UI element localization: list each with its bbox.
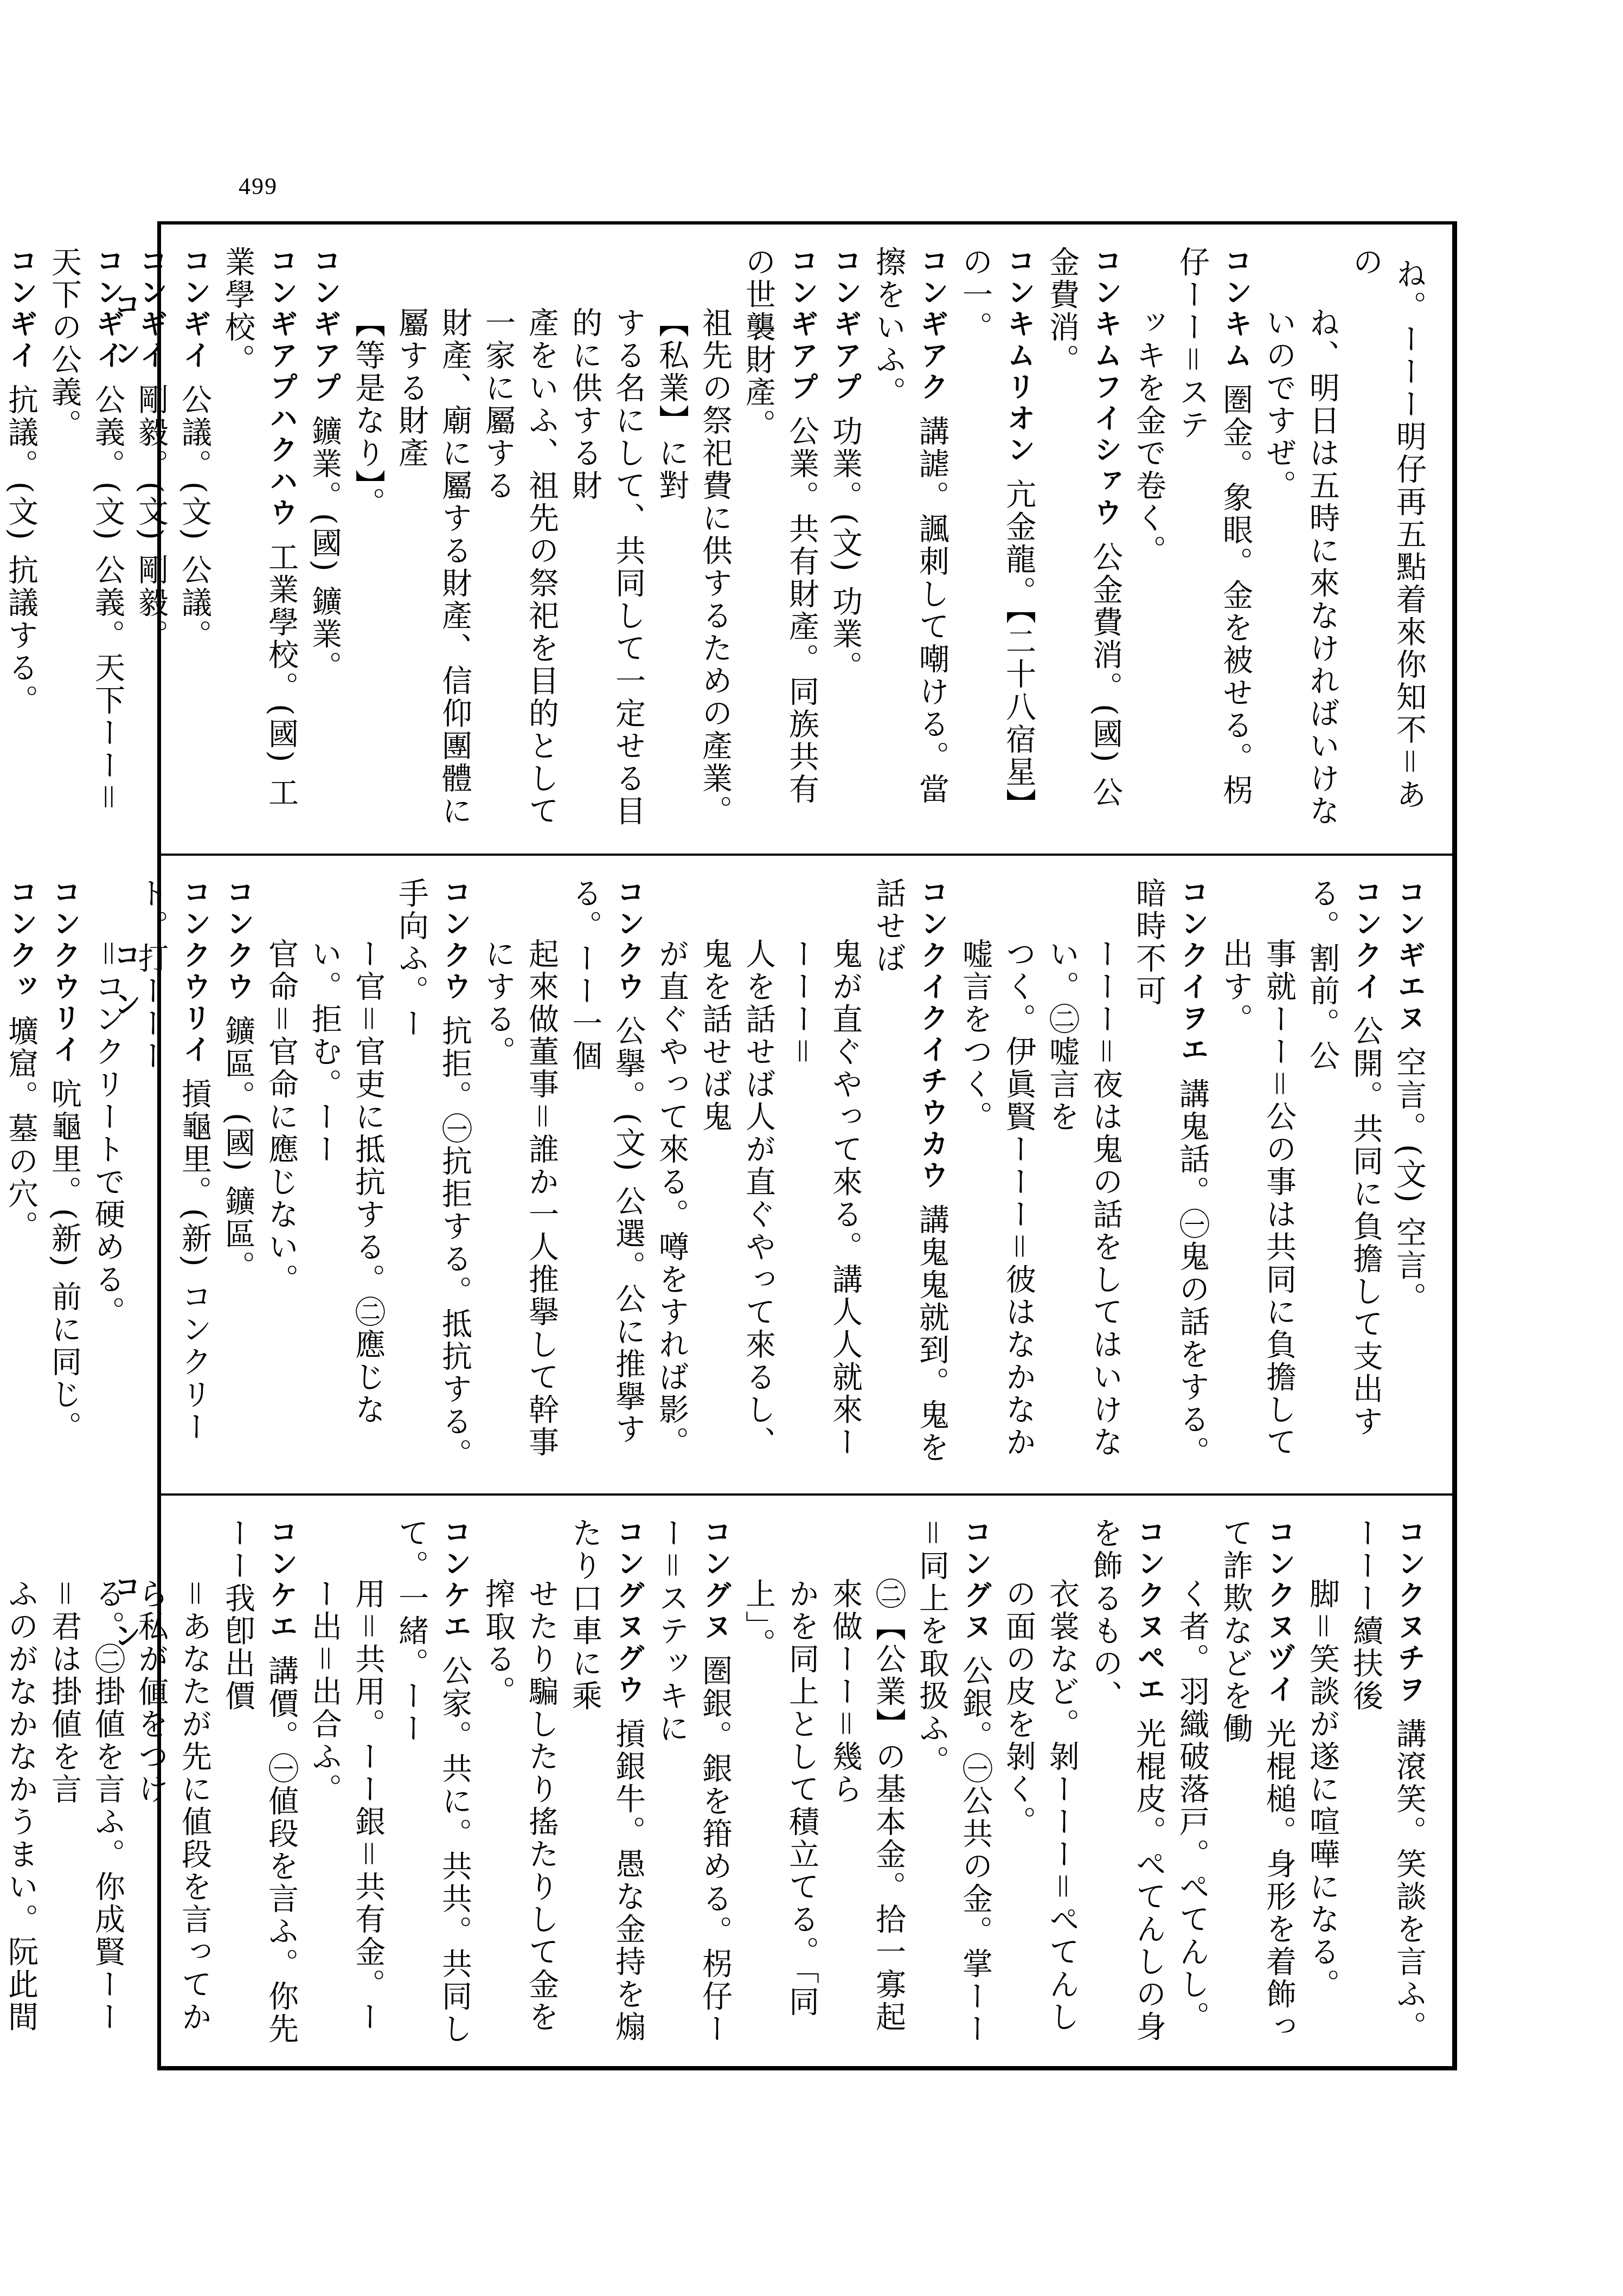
entry-definition: する名にして、共同して一定せる目的に供する財: [567, 307, 646, 828]
entry-continuation: ー官＝官吏に抵抗する。㊁應じない。拒む。ーー: [303, 877, 389, 1477]
dictionary-band-top: ね。ーーー明仔再五點着來你知不＝あのね、明日は五時に來なければいけないのですぜ。…: [161, 225, 1452, 854]
entry-continuation: かを同上として積立てる。「同上」。: [736, 1517, 823, 2050]
dictionary-entry: コンクウリイ 吭龜里。(新) 前に同じ。: [42, 877, 86, 1477]
entry-definition: 脚＝笑談が遂に喧嘩になる。: [1305, 1578, 1340, 2001]
entry-definition: ＝コンクリートで硬める。: [90, 938, 125, 1329]
entry-definition: 壙窟。墓の穴。: [3, 1015, 39, 1243]
dictionary-band-bottom: コンクヌチヲ 講滾笑。笑談を言ふ。ーーー續扶後脚＝笑談が遂に喧嘩になる。コンクヌ…: [161, 1493, 1452, 2066]
entry-definition: 鑛業。(國) 鑛業。: [307, 415, 342, 683]
entry-continuation: 鬼が直ぐやって來る。講人人就來ーーーー＝: [780, 877, 867, 1477]
entry-columns: コンギエヌ 空言。(文) 空言。コンクイ 公開。共同に負擔して支出する。割前。公…: [194, 877, 1430, 1477]
entry-definition: が直ぐやって來る。噂をすれば影。: [654, 938, 689, 1459]
entry-continuation: が直ぐやって來る。噂をすれば影。: [650, 877, 693, 1477]
entry-headword: コンギイ: [4, 246, 37, 372]
entry-continuation: ㊁【公業】の基本金。拾一寡起來做ーー＝幾ら: [823, 1517, 910, 2050]
dictionary-entry: コンクッ 壙窟。墓の穴。: [0, 877, 42, 1477]
entry-definition: 吭龜里。(新) 前に同じ。: [47, 1078, 82, 1444]
entry-headword: コンクイ: [1349, 877, 1382, 1003]
entry-definition: 鬼が直ぐやって來る。講人人就來ーーーー＝: [784, 938, 863, 1459]
entry-headword: コンクウ: [438, 877, 471, 1003]
entry-definition: かを同上として積立てる。「同上」。: [741, 1578, 819, 2018]
entry-continuation: 用＝共用。ーー銀＝共有金。ーー出＝出合ふ。: [303, 1517, 389, 2050]
entry-continuation: 官命＝官命に應じない。: [259, 877, 303, 1477]
dictionary-entry: コンキムフイシァウ 公金費消。(國) 公金費消。: [1040, 246, 1127, 837]
entry-continuation: ＝あなたが先に値段を言ってから私が値をつけ: [129, 1517, 216, 2050]
dictionary-entry: コンギイ 公議。(文) 公議。: [172, 246, 216, 837]
entry-continuation: く者。羽織破落戸。ぺてんし。: [1170, 1517, 1214, 2050]
dictionary-entry: コンギエヌ 空言。(文) 空言。: [1387, 877, 1430, 1477]
dictionary-entry: コングヌ 公銀。㊀公共の金。掌ーー＝同上を取扱ふ。: [910, 1517, 997, 2050]
entry-definition: く者。羽織破落戸。ぺてんし。: [1175, 1578, 1210, 2034]
dictionary-entry: コンクヌペエ 光棍皮。ぺてんしの身を飾るもの、: [1083, 1517, 1170, 2050]
dictionary-entry: コンクウ 公擧。(文) 公選。公に推擧する。ーー一個: [563, 877, 650, 1477]
entry-headword: コンクウリイ: [178, 877, 210, 1066]
entry-continuation: ふのがなかなかうまい。阮此間無ーー＝私の店: [0, 1517, 42, 2050]
entry-definition: 產をいふ、祖先の祭祀を目的として一家に屬する: [480, 307, 559, 828]
entry-headword: コングヌグウ: [612, 1517, 644, 1706]
entry-headword: コンケエ: [265, 1517, 297, 1643]
dictionary-entry: コンキムリオン 亢金龍。【二十八宿星】の一。: [953, 246, 1040, 837]
page-number: 499: [239, 172, 278, 200]
entry-continuation: ね、明日は五時に來なければいけないのですぜ。: [1257, 246, 1344, 837]
entry-definition: ー官＝官吏に抵抗する。㊁應じない。拒む。ーー: [307, 938, 386, 1426]
entry-definition: 剛毅。(文) 剛毅。: [133, 384, 169, 652]
entry-continuation: する名にして、共同して一定せる目的に供する財: [563, 246, 650, 837]
entry-continuation: 衣裳など。剝ーーー＝ぺてんしの面の皮を剝く。: [997, 1517, 1083, 2050]
entry-definition: 財產、廟に屬する財產、信仰團體に屬する財產: [394, 307, 472, 828]
dictionary-entry: コンギアク 講謔。諷刺して嘲ける。當擦をいふ。: [867, 246, 953, 837]
entry-continuation: 事就ーー＝公の事は共同に負擔して出す。: [1214, 877, 1300, 1477]
entry-headword: コンクイクイチウカウ: [915, 877, 948, 1192]
page-frame: ね。ーーー明仔再五點着來你知不＝あのね、明日は五時に來なければいけないのですぜ。…: [157, 221, 1457, 2070]
dictionary-entry: コンギアプ 鑛業。(國) 鑛業。: [303, 246, 346, 837]
entry-continuation: ーーー＝夜は鬼の話をしてはいけない。㊁嘘言を: [1040, 877, 1127, 1477]
entry-definition: 官命＝官命に應じない。: [264, 938, 299, 1296]
entry-headword: コンクウ: [612, 877, 644, 1003]
entry-definition: 起來做董事＝誰か一人推擧して幹事にする。: [480, 938, 559, 1459]
entry-continuation: 起來做董事＝誰か一人推擧して幹事にする。: [476, 877, 563, 1477]
entry-headword: コンギイ: [178, 246, 210, 372]
entry-headword: コンキム: [1219, 246, 1252, 372]
entry-definition: 衣裳など。剝ーーー＝ぺてんしの面の皮を剝く。: [1001, 1578, 1080, 2034]
entry-headword: コングヌ: [698, 1517, 731, 1643]
entry-headword: コングヌ: [959, 1517, 991, 1643]
dictionary-entry: コンケエ 公家。共に。共共。共同して。一緒。ーー: [389, 1517, 476, 2050]
entry-definition: 用＝共用。ーー銀＝共有金。ーー出＝出合ふ。: [307, 1578, 386, 2034]
entry-definition: つく。伊眞賢ーーー＝彼はなかなか嘘言をつく。: [958, 938, 1036, 1459]
dictionary-entry: コンギイ 抗議。(文) 抗議する。: [0, 246, 42, 837]
entry-headword: コンギイ: [91, 246, 124, 372]
entry-definition: ッキを金で卷く。: [1131, 307, 1166, 567]
entry-definition: ね、明日は五時に來なければいけないのですぜ。: [1261, 307, 1340, 828]
entry-headword: コンギアク: [915, 246, 948, 403]
entry-headword: コンギエヌ: [1393, 877, 1425, 1035]
dictionary-entry: コンギアプハクハウ 工業學校。(國) 工業學校。: [216, 246, 303, 837]
entry-definition: ㊁【公業】の基本金。拾一寡起來做ーー＝幾ら: [827, 1578, 906, 2034]
entry-definition: 空言。(文) 空言。: [1391, 1047, 1427, 1314]
dictionary-entry: コンクイクイチウカウ 講鬼鬼就到。鬼を話せば: [867, 877, 953, 1477]
dictionary-entry: コンクウ 抗拒。㊀抗拒する。抵抗する。手向ふ。ー: [389, 877, 476, 1477]
entry-headword: コンギイ: [134, 246, 167, 372]
dictionary-entry: コンギイ 公義。(文) 公義。天下ーー＝天下の公義。: [42, 246, 129, 837]
entry-columns: ね。ーーー明仔再五點着來你知不＝あのね、明日は五時に來なければいけないのですぜ。…: [194, 246, 1430, 837]
entry-continuation: せたり騙したり搖たりして金を搾取る。: [476, 1517, 563, 2050]
entry-definition: 功業。(文) 功業。: [827, 415, 863, 683]
dictionary-entry: コンギアプ 功業。(文) 功業。: [823, 246, 867, 837]
entry-headword: コンクウリイ: [48, 877, 80, 1066]
dictionary-entry: コンキム 圏金。象眼。金を被せる。柺仔ーー＝ステ: [1170, 246, 1257, 837]
entry-headword: コンギアプハクハウ: [265, 246, 297, 529]
entry-headword: コンクウ: [221, 877, 254, 1003]
entry-continuation: ＝コンクリートで硬める。: [86, 877, 129, 1477]
dictionary-entry: コンクイヲエ 講鬼話。㊀鬼の話をする。暗時不可: [1127, 877, 1214, 1477]
entry-continuation: ッキを金で卷く。: [1127, 246, 1170, 837]
entry-definition: ＝あなたが先に値段を言ってから私が値をつけ: [133, 1578, 212, 2034]
entry-headword: コンギアプ: [308, 246, 341, 403]
entry-headword: コンケエ: [438, 1517, 471, 1643]
dictionary-band-middle: コンギエヌ 空言。(文) 空言。コンクイ 公開。共同に負擔して支出する。割前。公…: [161, 854, 1452, 1493]
entry-columns: コンクヌチヲ 講滾笑。笑談を言ふ。ーーー續扶後脚＝笑談が遂に喧嘩になる。コンクヌ…: [194, 1517, 1430, 2050]
entry-headword: コンクッ: [4, 877, 37, 1003]
dictionary-entry: コンギイ 剛毅。(文) 剛毅。: [129, 246, 172, 837]
dictionary-entry: コンクウ 鑛區。(國) 鑛區。: [216, 877, 259, 1477]
dictionary-entry: コンクウリイ 摃龜里。(新) コンクリート。打ーーー: [129, 877, 216, 1477]
entry-definition: 【等是なり】。: [350, 307, 386, 520]
entry-headword: コンギアプ: [829, 246, 861, 403]
entry-definition: 事就ーー＝公の事は共同に負擔して出す。: [1218, 938, 1297, 1459]
entry-definition: 人を話せば人が直ぐやって來るし、鬼を話せば鬼: [697, 938, 776, 1459]
dictionary-entry: コンギアプ 公業。共有財產。同族共有の世襲財產。: [736, 246, 823, 837]
entry-definition: 抗議。(文) 抗議する。: [3, 384, 39, 717]
dictionary-entry: コンケエ 講價。㊀値段を言ふ。你先ーー我卽出價: [216, 1517, 303, 2050]
entry-definition: る。㊁掛値を言ふ。你成賢ーー＝君は掛値を言: [47, 1578, 125, 2034]
dictionary-entry: ね。ーーー明仔再五點着來你知不＝あの: [1344, 246, 1430, 837]
entry-definition: 鑛區。(國) 鑛區。: [220, 1015, 255, 1283]
dictionary-entry: コングヌグウ 摃銀牛。愚な金持を煽たり口車に乘: [563, 1517, 650, 2050]
entry-definition: 公議。(文) 公議。: [177, 384, 212, 652]
entry-definition: ーーー＝夜は鬼の話をしてはいけない。㊁嘘言を: [1044, 938, 1123, 1459]
entry-headword: コンキムフイシァウ: [1089, 246, 1121, 529]
entry-headword: コンギアプ: [785, 246, 818, 403]
entry-continuation: 【等是なり】。: [346, 246, 389, 837]
dictionary-entry: コンクヌチヲ 講滾笑。笑談を言ふ。ーーー續扶後: [1344, 1517, 1430, 2050]
entry-headword: コンクイヲエ: [1176, 877, 1208, 1066]
entry-continuation: 人を話せば人が直ぐやって來るし、鬼を話せば鬼: [693, 877, 780, 1477]
entry-definition: ね。ーーー明仔再五點着來你知不＝あの: [1348, 246, 1427, 811]
dictionary-entry: コングヌ 圏銀。銀を箝める。柺仔ーー＝ステッキに: [650, 1517, 736, 2050]
entry-continuation: 財產、廟に屬する財產、信仰團體に屬する財產: [389, 246, 476, 837]
dictionary-entry: コンクヌヅイ 光棍槌。身形を着飾って詐欺などを働: [1214, 1517, 1300, 2050]
entry-definition: 祖先の祭祀費に供するための產業。【私業】に對: [654, 307, 733, 828]
entry-headword: コンキムリオン: [1002, 246, 1035, 466]
entry-continuation: 祖先の祭祀費に供するための產業。【私業】に對: [650, 246, 736, 837]
entry-definition: ふのがなかなかうまい。阮此間無ーー＝私の店: [0, 1578, 39, 2034]
entry-headword: コンクヌヅイ: [1262, 1517, 1295, 1706]
entry-continuation: 脚＝笑談が遂に喧嘩になる。: [1300, 1517, 1344, 2050]
entry-continuation: 產をいふ、祖先の祭祀を目的として一家に屬する: [476, 246, 563, 837]
entry-continuation: つく。伊眞賢ーーー＝彼はなかなか嘘言をつく。: [953, 877, 1040, 1477]
entry-continuation: る。㊁掛値を言ふ。你成賢ーー＝君は掛値を言: [42, 1517, 129, 2050]
entry-headword: コンクヌチヲ: [1393, 1517, 1425, 1706]
dictionary-entry: コンクイ 公開。共同に負擔して支出する。割前。公: [1300, 877, 1387, 1477]
entry-headword: コンクヌペエ: [1132, 1517, 1165, 1706]
entry-definition: せたり騙したり搖たりして金を搾取る。: [480, 1578, 559, 2034]
